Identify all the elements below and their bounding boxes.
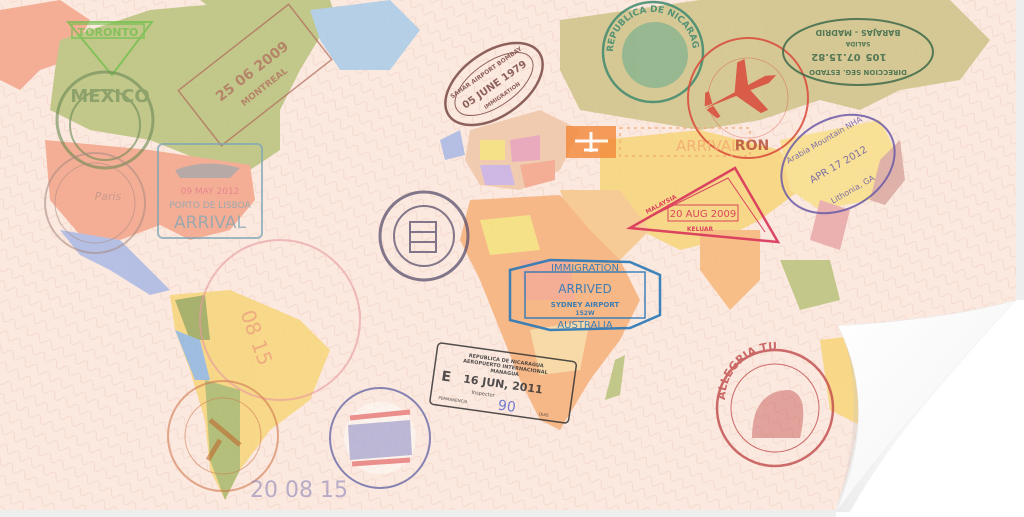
svg-text:09 MAY 2012: 09 MAY 2012 xyxy=(181,187,240,197)
passport-world-map-poster: TORONTO MEXICO 25 06 2009 MONTREAL 09 MA… xyxy=(0,0,1024,517)
svg-text:07.15.82: 07.15.82 xyxy=(811,51,860,62)
svg-text:SALIDA: SALIDA xyxy=(845,40,870,47)
svg-text:90: 90 xyxy=(497,398,517,416)
stamp-date-20-08-15: 20 08 15 xyxy=(250,478,348,503)
svg-text:Paris: Paris xyxy=(95,190,122,203)
curled-corner xyxy=(835,300,1016,512)
svg-text:ARRIVAL: ARRIVAL xyxy=(676,137,740,155)
svg-text:20 AUG 2009: 20 AUG 2009 xyxy=(670,209,736,220)
svg-text:KELUAR: KELUAR xyxy=(687,226,714,233)
svg-text:105: 105 xyxy=(866,51,887,62)
svg-text:ARRIVED: ARRIVED xyxy=(558,282,611,296)
svg-text:AUSTRALIA: AUSTRALIA xyxy=(557,320,613,331)
svg-text:IMMIGRATION: IMMIGRATION xyxy=(551,263,619,274)
svg-text:152W: 152W xyxy=(575,310,595,317)
svg-text:SYDNEY AIRPORT: SYDNEY AIRPORT xyxy=(551,301,620,309)
svg-text:ARRIVAL: ARRIVAL xyxy=(174,213,246,233)
svg-text:PORTO DE LISBOA: PORTO DE LISBOA xyxy=(169,201,251,211)
paper-bottom-shadow xyxy=(0,510,836,517)
svg-text:20 08 15: 20 08 15 xyxy=(250,478,348,503)
svg-text:MEXICO: MEXICO xyxy=(70,86,149,107)
svg-text:TORONTO: TORONTO xyxy=(78,26,139,39)
svg-text:DIRECCION SEG. ESTADO: DIRECCION SEG. ESTADO xyxy=(809,68,907,76)
svg-text:RON: RON xyxy=(735,138,769,154)
paper-edge-shadow xyxy=(1016,0,1024,300)
svg-text:BARAJAS - MADRID: BARAJAS - MADRID xyxy=(815,28,900,37)
stamp-thailand xyxy=(330,388,430,488)
